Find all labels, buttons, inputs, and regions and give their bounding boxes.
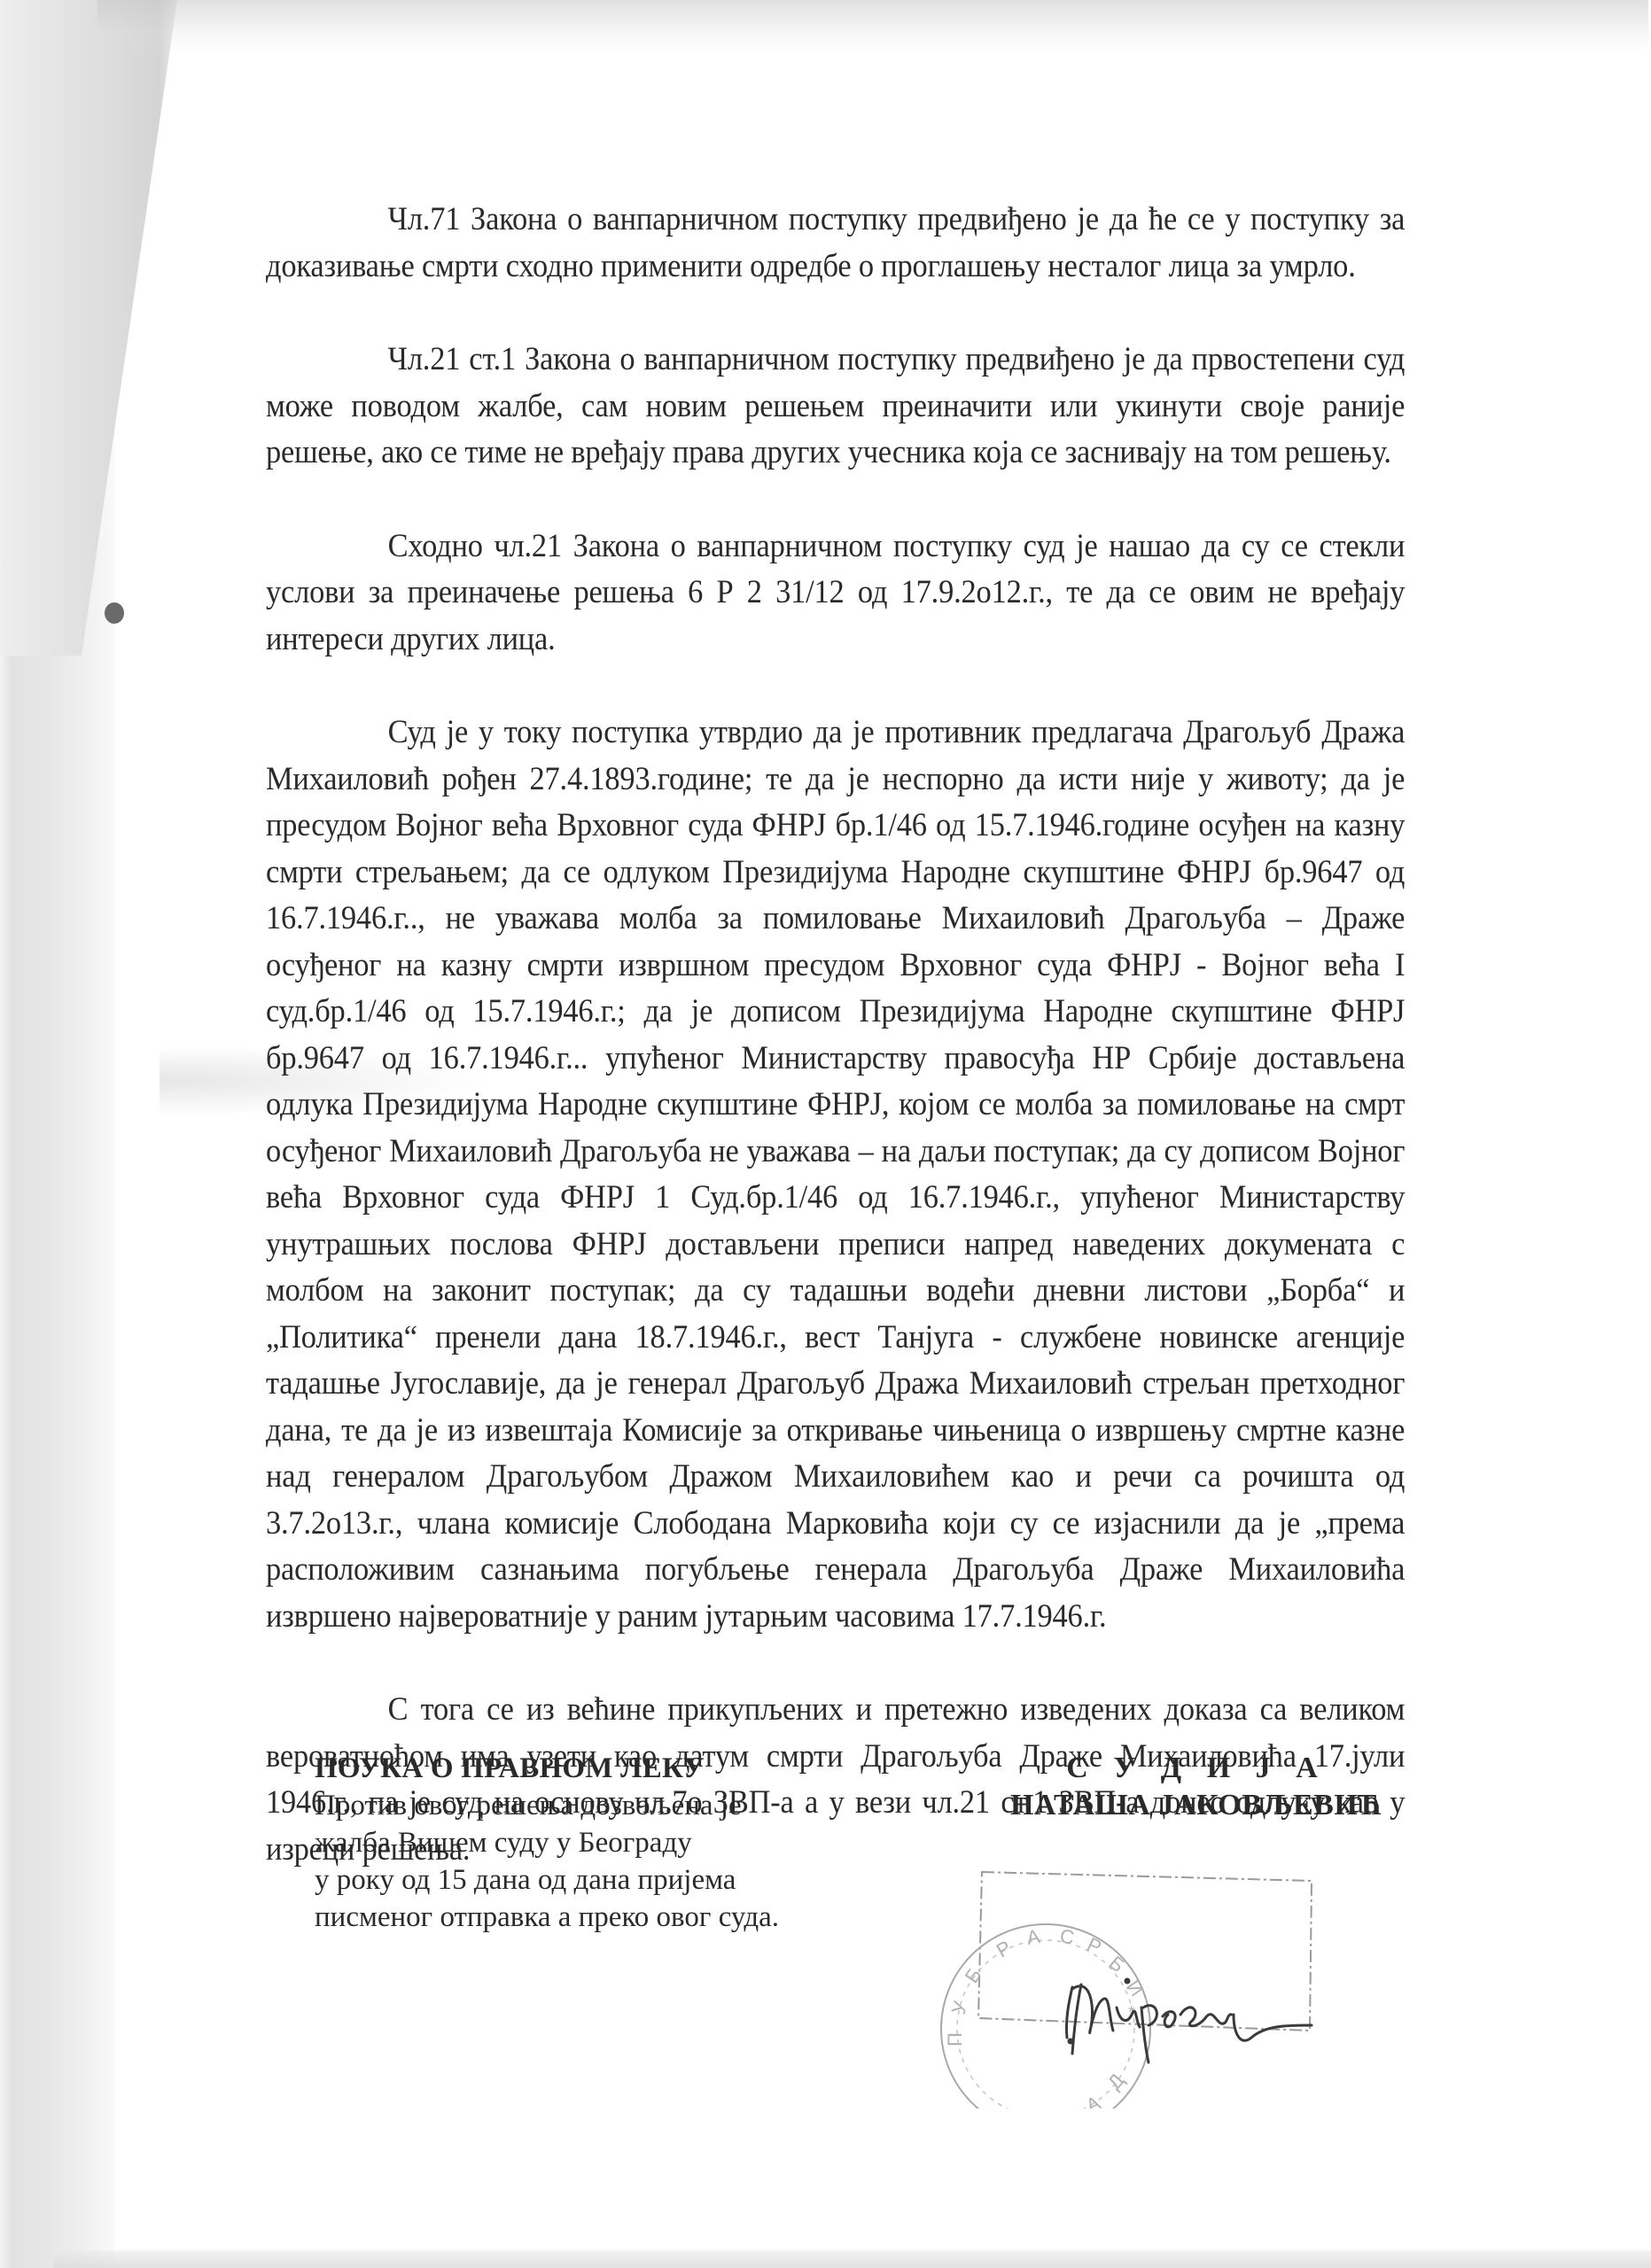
svg-text:Б: Б [961,1964,986,1987]
svg-text:А: А [1083,2092,1104,2109]
handwritten-signature-icon [1066,1979,1312,2062]
legal-remedy-line: Против овог решења дозвољена је [315,1787,882,1824]
svg-text:А: А [1025,1925,1042,1949]
legal-remedy-line: писменог отправка а преко овог суда. [315,1899,882,1936]
svg-text:Р: Р [993,1936,1015,1961]
round-court-seal-icon: Р А С Р Б И Б У П Д А * [939,1825,1382,2109]
paragraph-findings: Суд је у току поступка утврдио да је про… [266,710,1405,1640]
svg-text:У: У [947,1998,972,2016]
paragraph-art71: Чл.71 Закона о ванпарничном поступку пре… [266,197,1405,290]
legal-remedy-line: жалба Вишем суду у Београду [315,1824,882,1861]
legal-remedy-notice: ПОУКА О ПРАВНОМ ЛЕКУ Против овог решења … [315,1750,882,1936]
svg-text:С: С [1058,1924,1076,1948]
svg-text:Б: Б [1105,1952,1129,1977]
svg-text:Р: Р [1084,1933,1105,1959]
signature-block: С У Д И Ј А НАТАША ЈАКОВЉЕВИЋ [966,1750,1427,1824]
judge-name: НАТАША ЈАКОВЉЕВИЋ [966,1787,1427,1824]
scan-top-shadow [97,0,1648,53]
seal-and-signature: Р А С Р Б И Б У П Д А * [939,1825,1382,2109]
svg-text:П: П [944,2032,966,2047]
paragraph-art21: Чл.21 ст.1 Закона о ванпарничном поступк… [266,337,1405,477]
legal-remedy-line: у року од 15 дана од дана пријема [315,1861,882,1899]
legal-remedy-title: ПОУКА О ПРАВНОМ ЛЕКУ [315,1750,882,1787]
scan-fold-diagonal [0,0,177,656]
scan-bottom-shadow [53,2250,1651,2268]
judge-title: С У Д И Ј А [966,1750,1427,1787]
paragraph-conditions: Сходно чл.21 Закона о ванпарничном посту… [266,524,1405,664]
punch-hole-mark [105,602,124,624]
document-body: Чл.71 Закона о ванпарничном поступку пре… [266,197,1405,1920]
svg-text:Д: Д [1103,2070,1129,2094]
